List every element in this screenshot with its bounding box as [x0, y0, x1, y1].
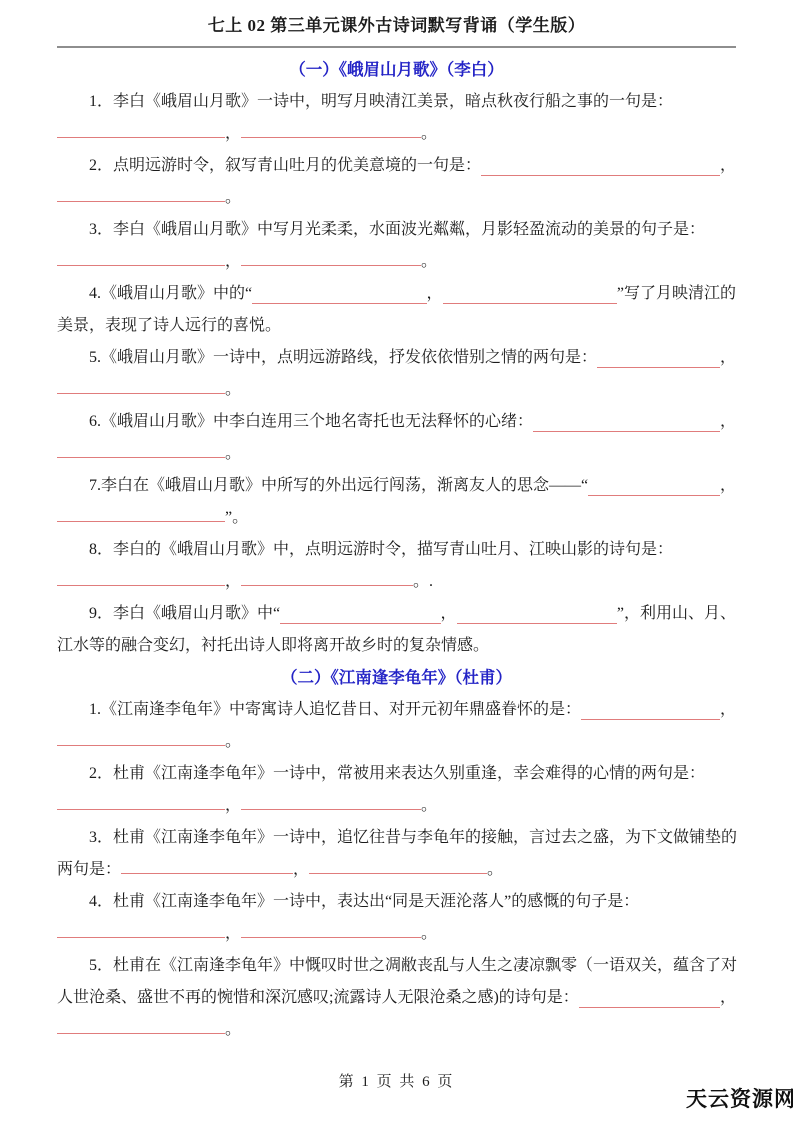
- text-line: 。: [57, 438, 736, 470]
- text-segment: ，: [293, 861, 309, 878]
- text-line: 3．杜甫《江南逢李龟年》一诗中，追忆往昔与李龟年的接触，言过去之盛，为下文做铺垫…: [57, 822, 736, 854]
- text-segment: 2．杜甫《江南逢李龟年》一诗中，常被用来表达久别重逢，幸会难得的心情的两句是：: [89, 765, 705, 782]
- document-content: 七上 02 第三单元课外古诗词默写背诵（学生版） （一）《峨眉山月歌》（李白）1…: [57, 0, 736, 1046]
- text-segment: ”写了月映清江的: [617, 278, 736, 310]
- text-line: 1.《江南逢李龟年》中寄寓诗人追忆昔日、对开元初年鼎盛眷怀的是：，: [57, 694, 736, 726]
- text-segment: 3．李白《峨眉山月歌》中写月光柔柔，水面波光粼粼，月影轻盈流动的美景的句子是：: [89, 221, 705, 238]
- answer-blank: [457, 621, 617, 624]
- text-line: 4.《峨眉山月歌》中的“，”写了月映清江的: [57, 278, 736, 310]
- answer-blank: [252, 301, 426, 304]
- text-line: ，。: [57, 118, 736, 150]
- answer-blank: [241, 935, 421, 938]
- text-segment: ，: [225, 797, 241, 814]
- page-title: 七上 02 第三单元课外古诗词默写背诵（学生版）: [57, 0, 736, 36]
- text-line: 3．李白《峨眉山月歌》中写月光柔柔，水面波光粼粼，月影轻盈流动的美景的句子是：: [57, 214, 736, 246]
- answer-blank: [581, 717, 720, 720]
- answer-blank: [57, 583, 225, 586]
- document-page: 七上 02 第三单元课外古诗词默写背诵（学生版） （一）《峨眉山月歌》（李白）1…: [0, 0, 793, 1122]
- text-line: 2．杜甫《江南逢李龟年》一诗中，常被用来表达久别重逢，幸会难得的心情的两句是：: [57, 758, 736, 790]
- document-body: （一）《峨眉山月歌》（李白）1．李白《峨眉山月歌》一诗中，明写月映清江美景，暗点…: [57, 48, 736, 1046]
- text-segment: 。.: [413, 573, 433, 590]
- text-segment: ，: [441, 598, 457, 630]
- text-segment: ，: [720, 470, 736, 502]
- answer-blank: [121, 871, 293, 874]
- text-line: 两句是：，。: [57, 854, 736, 886]
- text-line: 4．杜甫《江南逢李龟年》一诗中，表达出“同是天涯沦落人”的感慨的句子是：: [57, 886, 736, 918]
- text-segment: ，: [720, 342, 736, 374]
- text-segment: 。: [225, 445, 241, 462]
- text-segment: 。: [225, 381, 241, 398]
- watermark: 天云资源网: [686, 1083, 793, 1113]
- text-segment: ，: [720, 982, 736, 1014]
- text-segment: 。: [421, 925, 437, 942]
- text-line: 5.《峨眉山月歌》一诗中，点明远游路线，抒发依依惜别之情的两句是：，: [57, 342, 736, 374]
- answer-blank: [241, 135, 421, 138]
- answer-blank: [533, 429, 720, 432]
- text-segment: 。: [421, 253, 437, 270]
- text-segment: 。: [421, 797, 437, 814]
- text-segment: ，: [225, 253, 241, 270]
- text-segment: 8．李白的《峨眉山月歌》中，点明远游时令，描写青山吐月、江映山影的诗句是：: [89, 541, 673, 558]
- text-segment: ，: [225, 925, 241, 942]
- text-segment: ，: [225, 125, 241, 142]
- text-line: ”。: [57, 502, 736, 534]
- text-line: 人世沧桑、盛世不再的惋惜和深沉感叹;流露诗人无限沧桑之感)的诗句是：，: [57, 982, 736, 1014]
- text-segment: 2．点明远游时令，叙写青山吐月的优美意境的一句是：: [89, 150, 481, 182]
- text-segment: 两句是：: [57, 861, 121, 878]
- answer-blank: [57, 135, 225, 138]
- text-segment: 美景，表现了诗人远行的喜悦。: [57, 317, 281, 334]
- answer-blank: [280, 621, 440, 624]
- text-line: 6.《峨眉山月歌》中李白连用三个地名寄托也无法释怀的心绪：，: [57, 406, 736, 438]
- text-line: ，。: [57, 918, 736, 950]
- text-line: 7.李白在《峨眉山月歌》中所写的外出远行闯荡，渐离友人的思念——“，: [57, 470, 736, 502]
- text-segment: 3．杜甫《江南逢李龟年》一诗中，追忆往昔与李龟年的接触，言过去之盛，为下文做铺垫…: [89, 829, 737, 846]
- text-segment: ，: [225, 573, 241, 590]
- answer-blank: [597, 365, 720, 368]
- text-segment: ，: [720, 694, 736, 726]
- text-segment: ”，利用山、月、: [617, 598, 736, 630]
- answer-blank: [57, 199, 225, 202]
- text-line: 。: [57, 726, 736, 758]
- text-segment: 。: [421, 125, 437, 142]
- answer-blank: [57, 519, 225, 522]
- text-segment: 人世沧桑、盛世不再的惋惜和深沉感叹;流露诗人无限沧桑之感)的诗句是：: [57, 982, 579, 1014]
- text-segment: 1．李白《峨眉山月歌》一诗中，明写月映清江美景，暗点秋夜行船之事的一句是：: [89, 93, 673, 110]
- answer-blank: [579, 1005, 720, 1008]
- answer-blank: [481, 173, 720, 176]
- answer-blank: [241, 263, 421, 266]
- text-line: ，。: [57, 790, 736, 822]
- answer-blank: [57, 263, 225, 266]
- text-segment: 6.《峨眉山月歌》中李白连用三个地名寄托也无法释怀的心绪：: [89, 406, 533, 438]
- text-line: 。: [57, 182, 736, 214]
- answer-blank: [241, 583, 413, 586]
- page-number: 第 1 页 共 6 页: [0, 1070, 793, 1091]
- text-segment: 。: [225, 189, 241, 206]
- answer-blank: [57, 935, 225, 938]
- text-line: 美景，表现了诗人远行的喜悦。: [57, 310, 736, 342]
- text-line: 5．杜甫在《江南逢李龟年》中慨叹时世之凋敝丧乱与人生之凄凉飘零（一语双关，蕴含了…: [57, 950, 736, 982]
- text-segment: 江水等的融合变幻，衬托出诗人即将离开故乡时的复杂情感。: [57, 637, 489, 654]
- text-segment: 。: [225, 1021, 241, 1038]
- answer-blank: [57, 743, 225, 746]
- text-segment: ”。: [225, 509, 248, 526]
- text-line: 8．李白的《峨眉山月歌》中，点明远游时令，描写青山吐月、江映山影的诗句是：: [57, 534, 736, 566]
- text-segment: 5．杜甫在《江南逢李龟年》中慨叹时世之凋敝丧乱与人生之凄凉飘零（一语双关，蕴含了…: [89, 957, 737, 974]
- text-line: 。: [57, 374, 736, 406]
- text-segment: ，: [720, 406, 736, 438]
- answer-blank: [588, 493, 720, 496]
- section-heading: （一）《峨眉山月歌》（李白）: [57, 54, 736, 86]
- answer-blank: [57, 1031, 225, 1034]
- text-line: ，。: [57, 246, 736, 278]
- section-heading: （二）《江南逢李龟年》（杜甫）: [57, 662, 736, 694]
- text-line: 9．李白《峨眉山月歌》中“，”，利用山、月、: [57, 598, 736, 630]
- answer-blank: [57, 807, 225, 810]
- text-segment: 9．李白《峨眉山月歌》中“: [89, 598, 280, 630]
- text-segment: ，: [720, 150, 736, 182]
- answer-blank: [57, 391, 225, 394]
- answer-blank: [309, 871, 487, 874]
- text-segment: 1.《江南逢李龟年》中寄寓诗人追忆昔日、对开元初年鼎盛眷怀的是：: [89, 694, 581, 726]
- text-segment: 4．杜甫《江南逢李龟年》一诗中，表达出“同是天涯沦落人”的感慨的句子是：: [89, 893, 639, 910]
- text-line: 1．李白《峨眉山月歌》一诗中，明写月映清江美景，暗点秋夜行船之事的一句是：: [57, 86, 736, 118]
- text-segment: 。: [487, 861, 503, 878]
- text-segment: ，: [427, 278, 443, 310]
- answer-blank: [241, 807, 421, 810]
- text-line: 江水等的融合变幻，衬托出诗人即将离开故乡时的复杂情感。: [57, 630, 736, 662]
- text-segment: 7.李白在《峨眉山月歌》中所写的外出远行闯荡，渐离友人的思念——“: [89, 470, 588, 502]
- text-line: 2．点明远游时令，叙写青山吐月的优美意境的一句是：，: [57, 150, 736, 182]
- answer-blank: [57, 455, 225, 458]
- text-line: 。: [57, 1014, 736, 1046]
- text-line: ，。.: [57, 566, 736, 598]
- answer-blank: [443, 301, 617, 304]
- text-segment: 。: [225, 733, 241, 750]
- text-segment: 5.《峨眉山月歌》一诗中，点明远游路线，抒发依依惜别之情的两句是：: [89, 342, 597, 374]
- text-segment: 4.《峨眉山月歌》中的“: [89, 278, 252, 310]
